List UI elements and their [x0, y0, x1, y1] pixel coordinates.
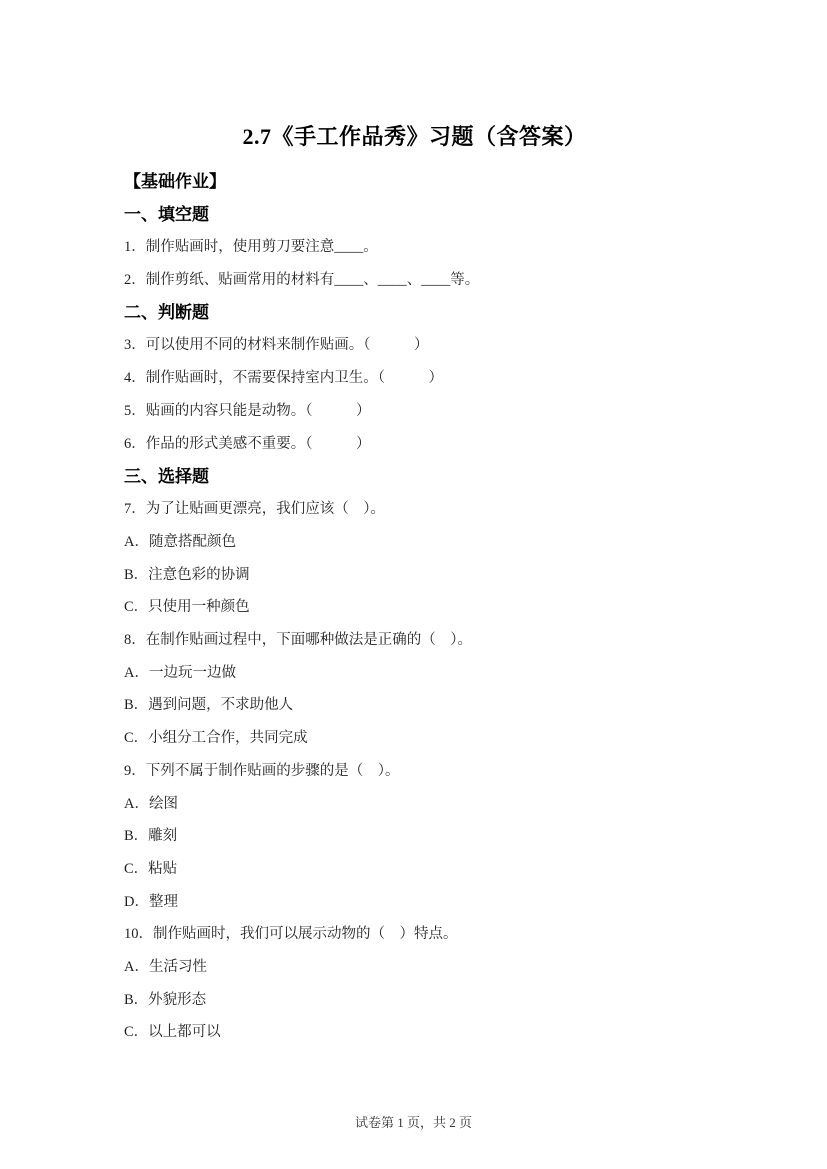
- question-line: 7．为了让贴画更漂亮，我们应该（ ）。: [124, 493, 705, 526]
- question-line: 10．制作贴画时，我们可以展示动物的（ ）特点。: [124, 918, 705, 951]
- choice-line: B．遇到问题，不求助他人: [124, 689, 705, 722]
- section-heading-true-false: 二、判断题: [124, 296, 705, 329]
- choice-line: B．雕刻: [124, 820, 705, 853]
- choice-line: A．生活习性: [124, 951, 705, 984]
- question-line: 3．可以使用不同的材料来制作贴画。（ ）: [124, 329, 705, 362]
- page-footer: 试卷第 1 页，共 2 页: [0, 1112, 827, 1131]
- choice-line: C．小组分工合作，共同完成: [124, 722, 705, 755]
- question-line: 8．在制作贴画过程中，下面哪种做法是正确的（ ）。: [124, 624, 705, 657]
- question-line: 5．贴画的内容只能是动物。（ ）: [124, 395, 705, 428]
- section-heading-multiple-choice: 三、选择题: [124, 460, 705, 493]
- choice-line: B．注意色彩的协调: [124, 559, 705, 592]
- choice-line: D．整理: [124, 886, 705, 919]
- question-line: 2．制作剪纸、贴画常用的材料有____、____、____等。: [124, 264, 705, 297]
- exam-page: 2.7《手工作品秀》习题（含答案） 【基础作业】 一、填空题 1．制作贴画时，使…: [0, 0, 827, 1169]
- homework-block-heading: 【基础作业】: [124, 166, 705, 198]
- choice-line: A．随意搭配颜色: [124, 526, 705, 559]
- question-line: 1．制作贴画时，使用剪刀要注意____。: [124, 231, 705, 264]
- page-title: 2.7《手工作品秀》习题（含答案）: [124, 118, 705, 156]
- choice-line: C．粘贴: [124, 853, 705, 886]
- choice-line: C．只使用一种颜色: [124, 591, 705, 624]
- choice-line: A．一边玩一边做: [124, 657, 705, 690]
- question-line: 9．下列不属于制作贴画的步骤的是（ ）。: [124, 755, 705, 788]
- question-line: 4．制作贴画时，不需要保持室内卫生。（ ）: [124, 362, 705, 395]
- choice-line: A．绘图: [124, 788, 705, 821]
- section-heading-fill-blank: 一、填空题: [124, 198, 705, 231]
- choice-line: B．外貌形态: [124, 984, 705, 1017]
- question-line: 6．作品的形式美感不重要。（ ）: [124, 428, 705, 461]
- choice-line: C．以上都可以: [124, 1016, 705, 1049]
